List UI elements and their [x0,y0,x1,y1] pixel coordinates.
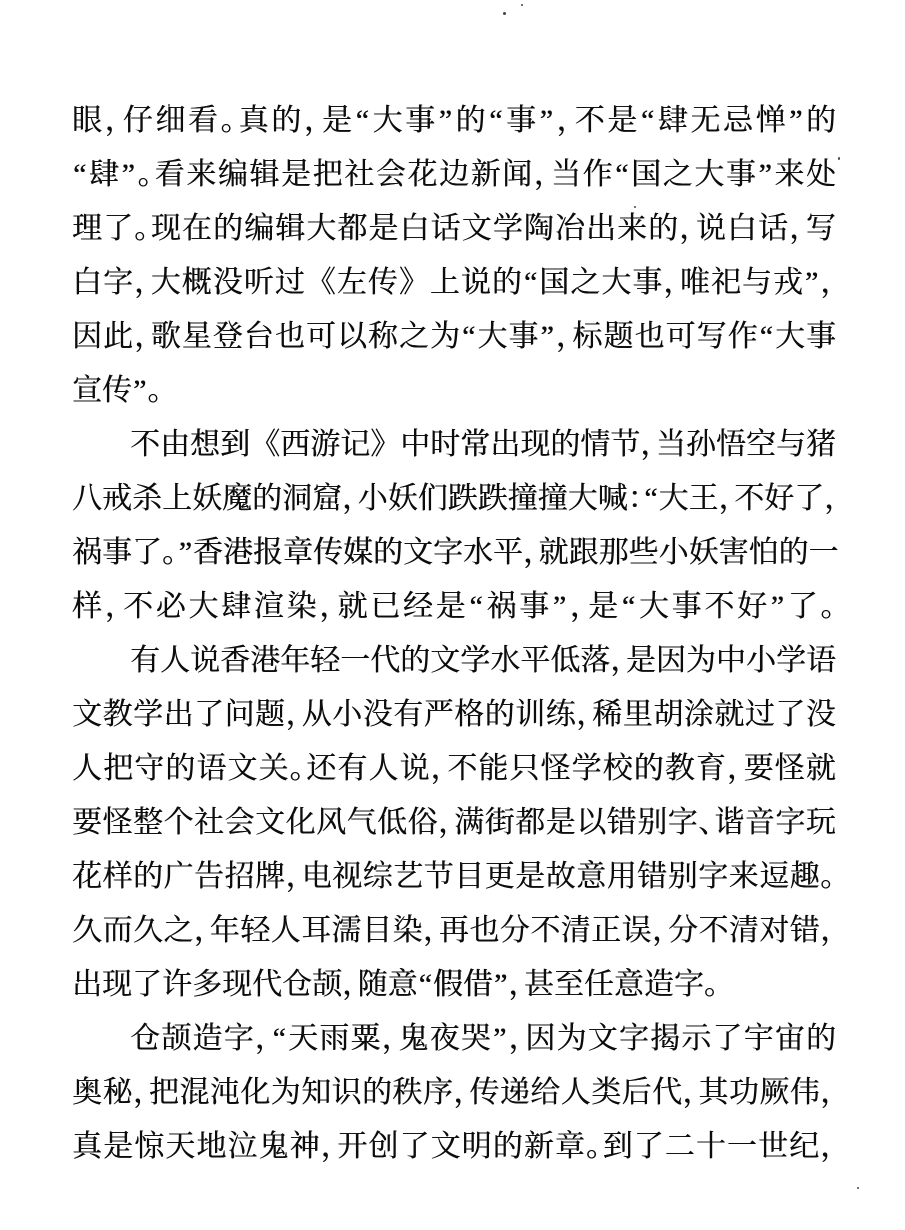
glyph: 花 [72,850,102,904]
glyph: “ [643,472,658,526]
glyph: 音 [745,796,775,850]
glyph: 不 [130,418,160,472]
glyph: 白 [399,202,429,256]
glyph: 一 [727,1120,757,1174]
glyph: 奥 [72,1066,102,1120]
glyph: 跌 [478,472,508,526]
glyph: 传 [469,1066,499,1120]
glyph: 的 [271,94,301,148]
glyph: 之 [663,148,693,202]
glyph: ， [523,526,539,580]
glyph: 创 [368,1120,398,1174]
scan-speck [168,104,170,106]
glyph: ， [321,1120,337,1174]
glyph: 了 [132,526,162,580]
glyph: 久 [72,904,102,958]
glyph: 那 [599,526,629,580]
glyph: 白 [72,256,102,310]
glyph: 整 [133,796,163,850]
glyph: 星 [182,310,212,364]
glyph: 作 [583,148,613,202]
glyph: 文 [431,1120,461,1174]
glyph: 错 [637,850,667,904]
glyph: 怕 [749,526,779,580]
glyph: 是 [626,634,656,688]
glyph: 当 [656,418,686,472]
glyph: 俗 [408,796,438,850]
glyph: 西 [280,418,310,472]
glyph: 为 [271,1066,301,1120]
glyph: 的 [373,526,403,580]
glyph: 害 [719,526,749,580]
glyph: 给 [530,1066,560,1120]
glyph: ， [556,310,572,364]
body-text: 眼，仔细看。真的，是“大事”的“事”，不是“肆无忌惮”的“肆”。看来编辑是把社会… [72,94,836,1174]
glyph: 代 [370,634,400,688]
glyph: 妖 [689,526,719,580]
glyph: 把 [313,148,343,202]
glyph: 校 [603,742,633,796]
glyph: 字 [619,1012,649,1066]
glyph: 的 [165,742,195,796]
glyph: 来 [774,148,804,202]
glyph: 大 [306,202,336,256]
glyph: 题 [603,310,633,364]
glyph: ： [628,472,644,526]
glyph: 。 [137,148,153,202]
glyph: 细 [155,94,185,148]
glyph: 了 [399,1120,429,1174]
glyph: 示 [681,1012,711,1066]
text-line: 样，不必大肆渲染，就已经是“祸事”，是“大事不好”了。 [72,580,836,634]
glyph: ” [757,148,772,202]
glyph: 章 [555,1120,585,1174]
glyph: ” [492,1012,507,1066]
glyph: 事 [519,580,549,634]
glyph: 节 [424,850,454,904]
glyph: 来 [617,202,647,256]
scan-speck [503,12,506,15]
glyph: 都 [337,202,367,256]
glyph: 话 [758,202,788,256]
glyph: 小 [659,526,689,580]
glyph: 随 [358,958,388,1012]
glyph: 此 [103,310,133,364]
glyph: 事 [726,148,756,202]
glyph: 。 [147,364,163,418]
glyph: 粟 [350,1012,380,1066]
glyph: 节 [610,418,640,472]
glyph: 有 [337,742,367,796]
glyph: ， [727,742,743,796]
glyph: 喊 [598,472,628,526]
glyph: “ [759,310,774,364]
glyph: 样 [103,850,133,904]
glyph: 的 [400,634,430,688]
glyph: 惮 [755,94,785,148]
glyph: 传 [368,256,398,310]
glyph: 听 [244,256,274,310]
glyph: 王 [689,472,719,526]
glyph: 再 [439,904,469,958]
glyph: ， [663,256,679,310]
glyph: ” [539,94,554,148]
glyph: 颉 [312,958,342,1012]
glyph: ” [770,580,785,634]
glyph: 了 [794,472,824,526]
glyph: 就 [338,580,368,634]
glyph: 至 [554,958,584,1012]
glyph: 之 [163,904,193,958]
glyph: 。 [134,202,150,256]
glyph: ， [640,418,656,472]
glyph: 都 [515,796,545,850]
glyph: 肆 [221,580,251,634]
glyph: 祸 [486,580,516,634]
glyph: 意 [614,958,644,1012]
glyph: 问 [225,688,255,742]
glyph: ， [719,472,735,526]
glyph: 小 [746,634,776,688]
glyph: 里 [623,688,653,742]
scan-speck [745,109,747,111]
glyph: 处 [806,148,836,202]
glyph: 年 [210,904,240,958]
glyph: ， [342,472,358,526]
glyph: 。 [290,742,306,796]
glyph: 许 [162,958,192,1012]
glyph: ， [423,904,439,958]
glyph: 八 [72,472,102,526]
glyph: 目 [362,904,392,958]
glyph: 会 [376,148,406,202]
glyph: 育 [696,742,726,796]
glyph: 情 [580,418,610,472]
glyph: 忌 [723,94,753,148]
glyph: 标 [572,310,602,364]
glyph: 也 [469,904,499,958]
glyph: 更 [485,850,515,904]
glyph: 类 [591,1066,621,1120]
glyph: ” [539,310,554,364]
glyph: 泣 [227,1120,257,1174]
glyph: 好 [764,472,794,526]
glyph: 是 [368,202,398,256]
glyph: 人 [72,742,102,796]
glyph: 有 [393,688,423,742]
glyph: 不 [447,742,477,796]
glyph: 事 [672,580,702,634]
glyph: 学 [460,634,490,688]
glyph: 撞 [538,472,568,526]
glyph: 训 [515,688,545,742]
glyph: ， [820,256,836,310]
glyph: 怪 [540,742,570,796]
glyph: 会 [225,796,255,850]
glyph: 综 [363,850,393,904]
glyph: 说 [461,256,491,310]
glyph: ， [134,256,150,310]
glyph: ， [610,634,626,688]
glyph: 样 [72,580,102,634]
glyph: 。 [586,1120,602,1174]
glyph: 格 [454,688,484,742]
glyph: ， [431,742,447,796]
glyph: 识 [332,1066,362,1120]
glyph: ， [342,958,358,1012]
glyph: 章 [283,526,313,580]
glyph: 已 [370,580,400,634]
glyph: ， [194,904,210,958]
glyph: 是 [322,94,352,148]
glyph: 看 [155,148,185,202]
glyph: 闻 [502,148,532,202]
glyph: 知 [301,1066,331,1120]
glyph: 了 [712,1012,742,1066]
glyph: 之 [399,310,429,364]
glyph: 语 [806,634,836,688]
glyph: 想 [190,418,220,472]
glyph: 用 [607,850,637,904]
glyph: 混 [179,1066,209,1120]
glyph: 编 [218,148,248,202]
glyph: 雨 [319,1012,349,1066]
glyph: ， [570,580,586,634]
glyph: 时 [430,418,460,472]
glyph: 因 [72,310,102,364]
glyph: 理 [72,202,102,256]
glyph: 。 [820,580,836,634]
glyph: 正 [591,904,621,958]
glyph: 揭 [650,1012,680,1066]
text-line: 眼，仔细看。真的，是“大事”的“事”，不是“肆无忌惮”的 [72,94,836,148]
glyph: ， [820,1120,836,1174]
scan-speck [521,4,523,6]
scan-speck [857,1187,859,1189]
glyph: 不 [123,580,153,634]
text-line: 八戒杀上妖魔的洞窟，小妖们跌跌撞撞大喊：“大王，不好了， [72,472,836,526]
glyph: 满 [454,796,484,850]
glyph: ， [304,94,320,148]
glyph: 落 [580,634,610,688]
glyph: 十 [696,1120,726,1174]
glyph: 平 [520,634,550,688]
glyph: 就 [806,742,836,796]
glyph: 是 [588,580,618,634]
glyph: 分 [500,904,530,958]
glyph: 人 [160,634,190,688]
glyph: 的 [252,472,282,526]
glyph: 只 [509,742,539,796]
glyph: 渲 [254,580,284,634]
glyph: 报 [253,526,283,580]
glyph: 的 [779,526,809,580]
glyph: 学 [133,688,163,742]
glyph: 中 [400,418,430,472]
text-line: 白字，大概没听过《左传》上说的“国之大事，唯祀与戎”， [72,256,836,310]
glyph: 些 [629,526,659,580]
glyph: 真 [72,1120,102,1174]
glyph: 的 [456,94,486,148]
glyph: 告 [194,850,224,904]
glyph: 的 [133,850,163,904]
glyph: 分 [668,904,698,958]
glyph: 与 [742,256,772,310]
glyph: 大 [694,148,724,202]
text-line: 文教学出了问题，从小没有严格的训练，稀里胡涂就过了没 [72,688,836,742]
glyph: 港 [250,634,280,688]
glyph: ” [804,256,819,310]
glyph: 不 [530,904,560,958]
glyph: 社 [344,148,374,202]
glyph: 没 [806,688,836,742]
glyph: 《 [306,256,336,310]
glyph: 大 [659,472,689,526]
glyph: 谐 [714,796,744,850]
glyph: 为 [686,634,716,688]
glyph: ， [105,580,121,634]
glyph: 们 [418,472,448,526]
glyph: 夜 [430,1012,460,1066]
glyph: 一 [340,634,370,688]
glyph: 新 [471,148,501,202]
glyph: 字 [433,526,463,580]
glyph: “ [461,310,476,364]
glyph: 仓 [130,1012,160,1066]
glyph: 胡 [653,688,683,742]
glyph: ， [820,904,836,958]
glyph: ， [286,850,302,904]
glyph: 也 [275,310,305,364]
text-line: 要怪整个社会文化风气低俗，满街都是以错别字、谐音字玩 [72,796,836,850]
glyph: 任 [584,958,614,1012]
glyph: 妖 [388,472,418,526]
glyph: 天 [165,1120,195,1174]
glyph: ， [133,1066,149,1120]
glyph: 之 [570,256,600,310]
glyph: 明 [462,1120,492,1174]
glyph: 祸 [72,526,102,580]
glyph: 颉 [161,1012,191,1066]
glyph: 字 [698,850,728,904]
glyph: 香 [220,634,250,688]
glyph: 后 [622,1066,652,1120]
glyph: 文 [72,688,102,742]
glyph: 艺 [393,850,423,904]
glyph: 是 [436,580,466,634]
glyph: 化 [286,796,316,850]
text-line: 花样的广告招牌，电视综艺节目更是故意用错别字来逗趣。 [72,850,836,904]
glyph: 。 [162,526,178,580]
glyph: ， [557,94,573,148]
glyph: 错 [607,796,637,850]
glyph: 的 [485,688,515,742]
glyph: 出 [164,688,194,742]
glyph: ， [534,148,550,202]
glyph: ” [178,526,193,580]
glyph: 大 [151,256,181,310]
glyph: 由 [160,418,190,472]
glyph: ” [552,580,567,634]
glyph: ， [820,1066,836,1120]
glyph: 有 [130,634,160,688]
glyph: 牌 [255,850,285,904]
glyph: 事 [508,310,538,364]
text-line: “肆”。看来编辑是把社会花边新闻，当作“国之大事”来处 [72,148,836,202]
glyph: 街 [485,796,515,850]
glyph: 的 [806,94,836,148]
glyph: 为 [430,310,460,364]
glyph: 借 [463,958,493,1012]
glyph: 、 [698,796,714,850]
glyph: 人 [271,904,301,958]
glyph: 的 [634,742,664,796]
glyph: ” [132,364,147,418]
glyph: 要 [72,796,102,850]
glyph: 别 [637,796,667,850]
glyph: 气 [347,796,377,850]
glyph: 《 [250,418,280,472]
glyph: 还 [306,742,336,796]
glyph: 文 [462,202,492,256]
glyph: 年 [280,634,310,688]
glyph: 的 [493,1120,523,1174]
glyph: 递 [500,1066,530,1120]
glyph: 可 [666,310,696,364]
glyph: 视 [332,850,362,904]
text-line: 理了。现在的编辑大都是白话文学陶冶出来的，说白话，写 [72,202,836,256]
glyph: ， [382,1012,398,1066]
glyph: 纪 [789,1120,819,1174]
glyph: 目 [454,850,484,904]
glyph: 香 [193,526,223,580]
glyph: 唯 [680,256,710,310]
glyph: 因 [525,1012,555,1066]
glyph: 来 [729,850,759,904]
glyph: 要 [744,742,774,796]
scan-speck [634,206,636,208]
glyph: 清 [729,904,759,958]
glyph: 文 [255,796,285,850]
glyph: 电 [302,850,332,904]
glyph: “ [418,958,433,1012]
glyph: 话 [431,202,461,256]
glyph: 看 [188,94,218,148]
glyph: 台 [244,310,274,364]
glyph: 文 [588,1012,618,1066]
glyph: 魔 [222,472,252,526]
glyph: 猪 [806,418,836,472]
glyph: 造 [192,1012,222,1066]
glyph: “ [468,580,483,634]
glyph: 写 [697,310,727,364]
glyph: 轻 [240,904,270,958]
glyph: 辑 [249,148,279,202]
text-line: 出现了许多现代仓颉，随意“假借”，甚至任意造字。 [72,958,836,1012]
glyph: 肆 [658,94,688,148]
glyph: 学 [776,634,806,688]
glyph: 仔 [123,94,153,148]
glyph: 说 [190,634,220,688]
glyph: 国 [631,148,661,202]
glyph: 风 [316,796,346,850]
glyph: 文 [430,634,460,688]
glyph: 神 [290,1120,320,1174]
text-line: 宣传”。 [72,364,836,418]
glyph: 编 [244,202,274,256]
glyph: 字 [775,796,805,850]
glyph: 社 [194,796,224,850]
